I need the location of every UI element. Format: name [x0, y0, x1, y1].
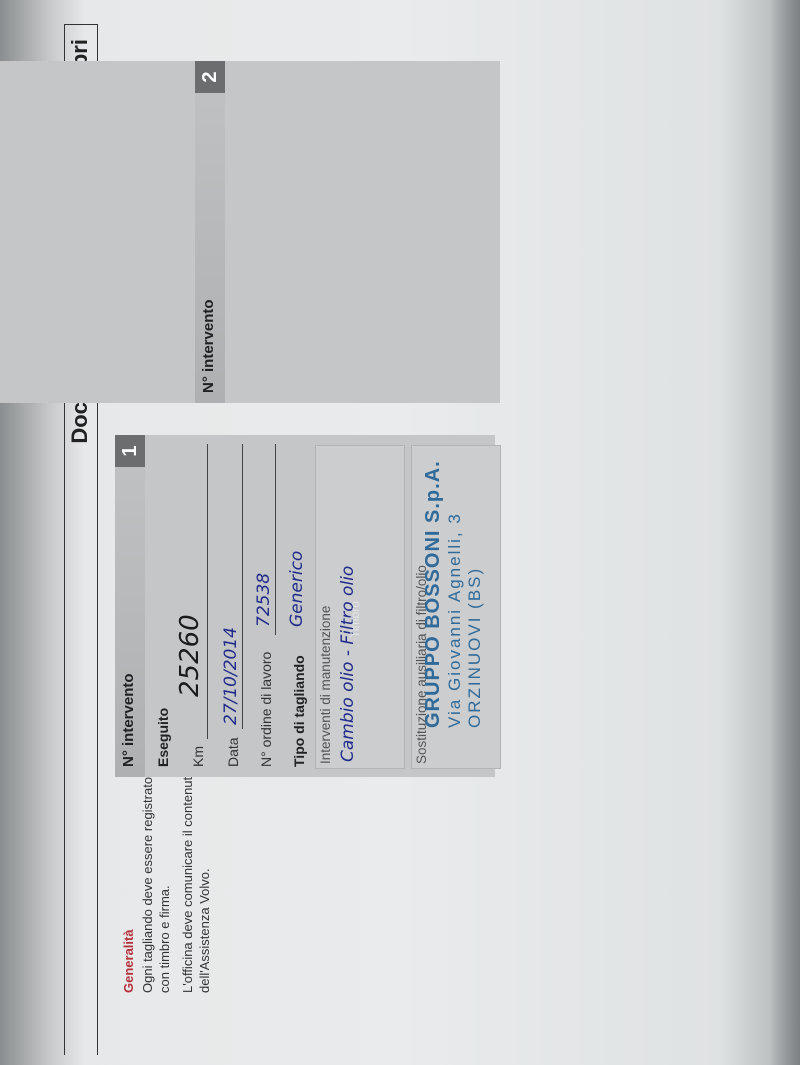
dealer-city: ORZINUOVI (BS)	[465, 460, 485, 728]
km-label: Km	[190, 746, 206, 767]
intervention-number: 1	[115, 435, 145, 467]
aux-replacement-box: Sostituzione ausiliaria di filtro/olio G…	[411, 445, 501, 769]
service-type-value[interactable]: Generico	[287, 551, 307, 627]
work-order-value[interactable]: 72538	[254, 573, 274, 627]
maintenance-label: Interventi di manutenzione	[318, 606, 333, 764]
performed-label: Eseguito	[155, 708, 171, 767]
service-booklet-page: Documentazione di assistenza e timbri Ge…	[0, 0, 800, 1065]
km-value[interactable]: 25260	[175, 614, 205, 697]
work-order-label: N° ordine di lavoro	[258, 652, 274, 767]
maintenance-value[interactable]: Cambio olio - Filtro olio	[338, 566, 358, 762]
dealer-address: Via Giovanni Agnelli, 3	[445, 460, 465, 728]
service-type-label: Tipo di tagliando	[291, 655, 307, 767]
intervention-label: N° intervento	[200, 299, 217, 393]
date-label: Data	[225, 737, 241, 767]
service-card-1: N° intervento 1 Eseguito Km 25260 Data 2…	[115, 435, 495, 777]
maintenance-box: Interventi di manutenzione Cambio olio -…	[315, 445, 405, 769]
dealer-stamp: GRUPPO BOSSONI S.p.A. Via Giovanni Agnel…	[422, 460, 485, 728]
stamp-placeholder: Timbro	[348, 601, 362, 638]
dealer-name: GRUPPO BOSSONI S.p.A.	[422, 460, 445, 728]
intervention-label: N° intervento	[120, 673, 137, 767]
service-card-2: N° intervento 2	[0, 61, 500, 403]
page-edge-shadow	[770, 0, 800, 1065]
intervention-number: 2	[195, 61, 225, 93]
date-value[interactable]: 27/10/2014	[221, 627, 241, 725]
